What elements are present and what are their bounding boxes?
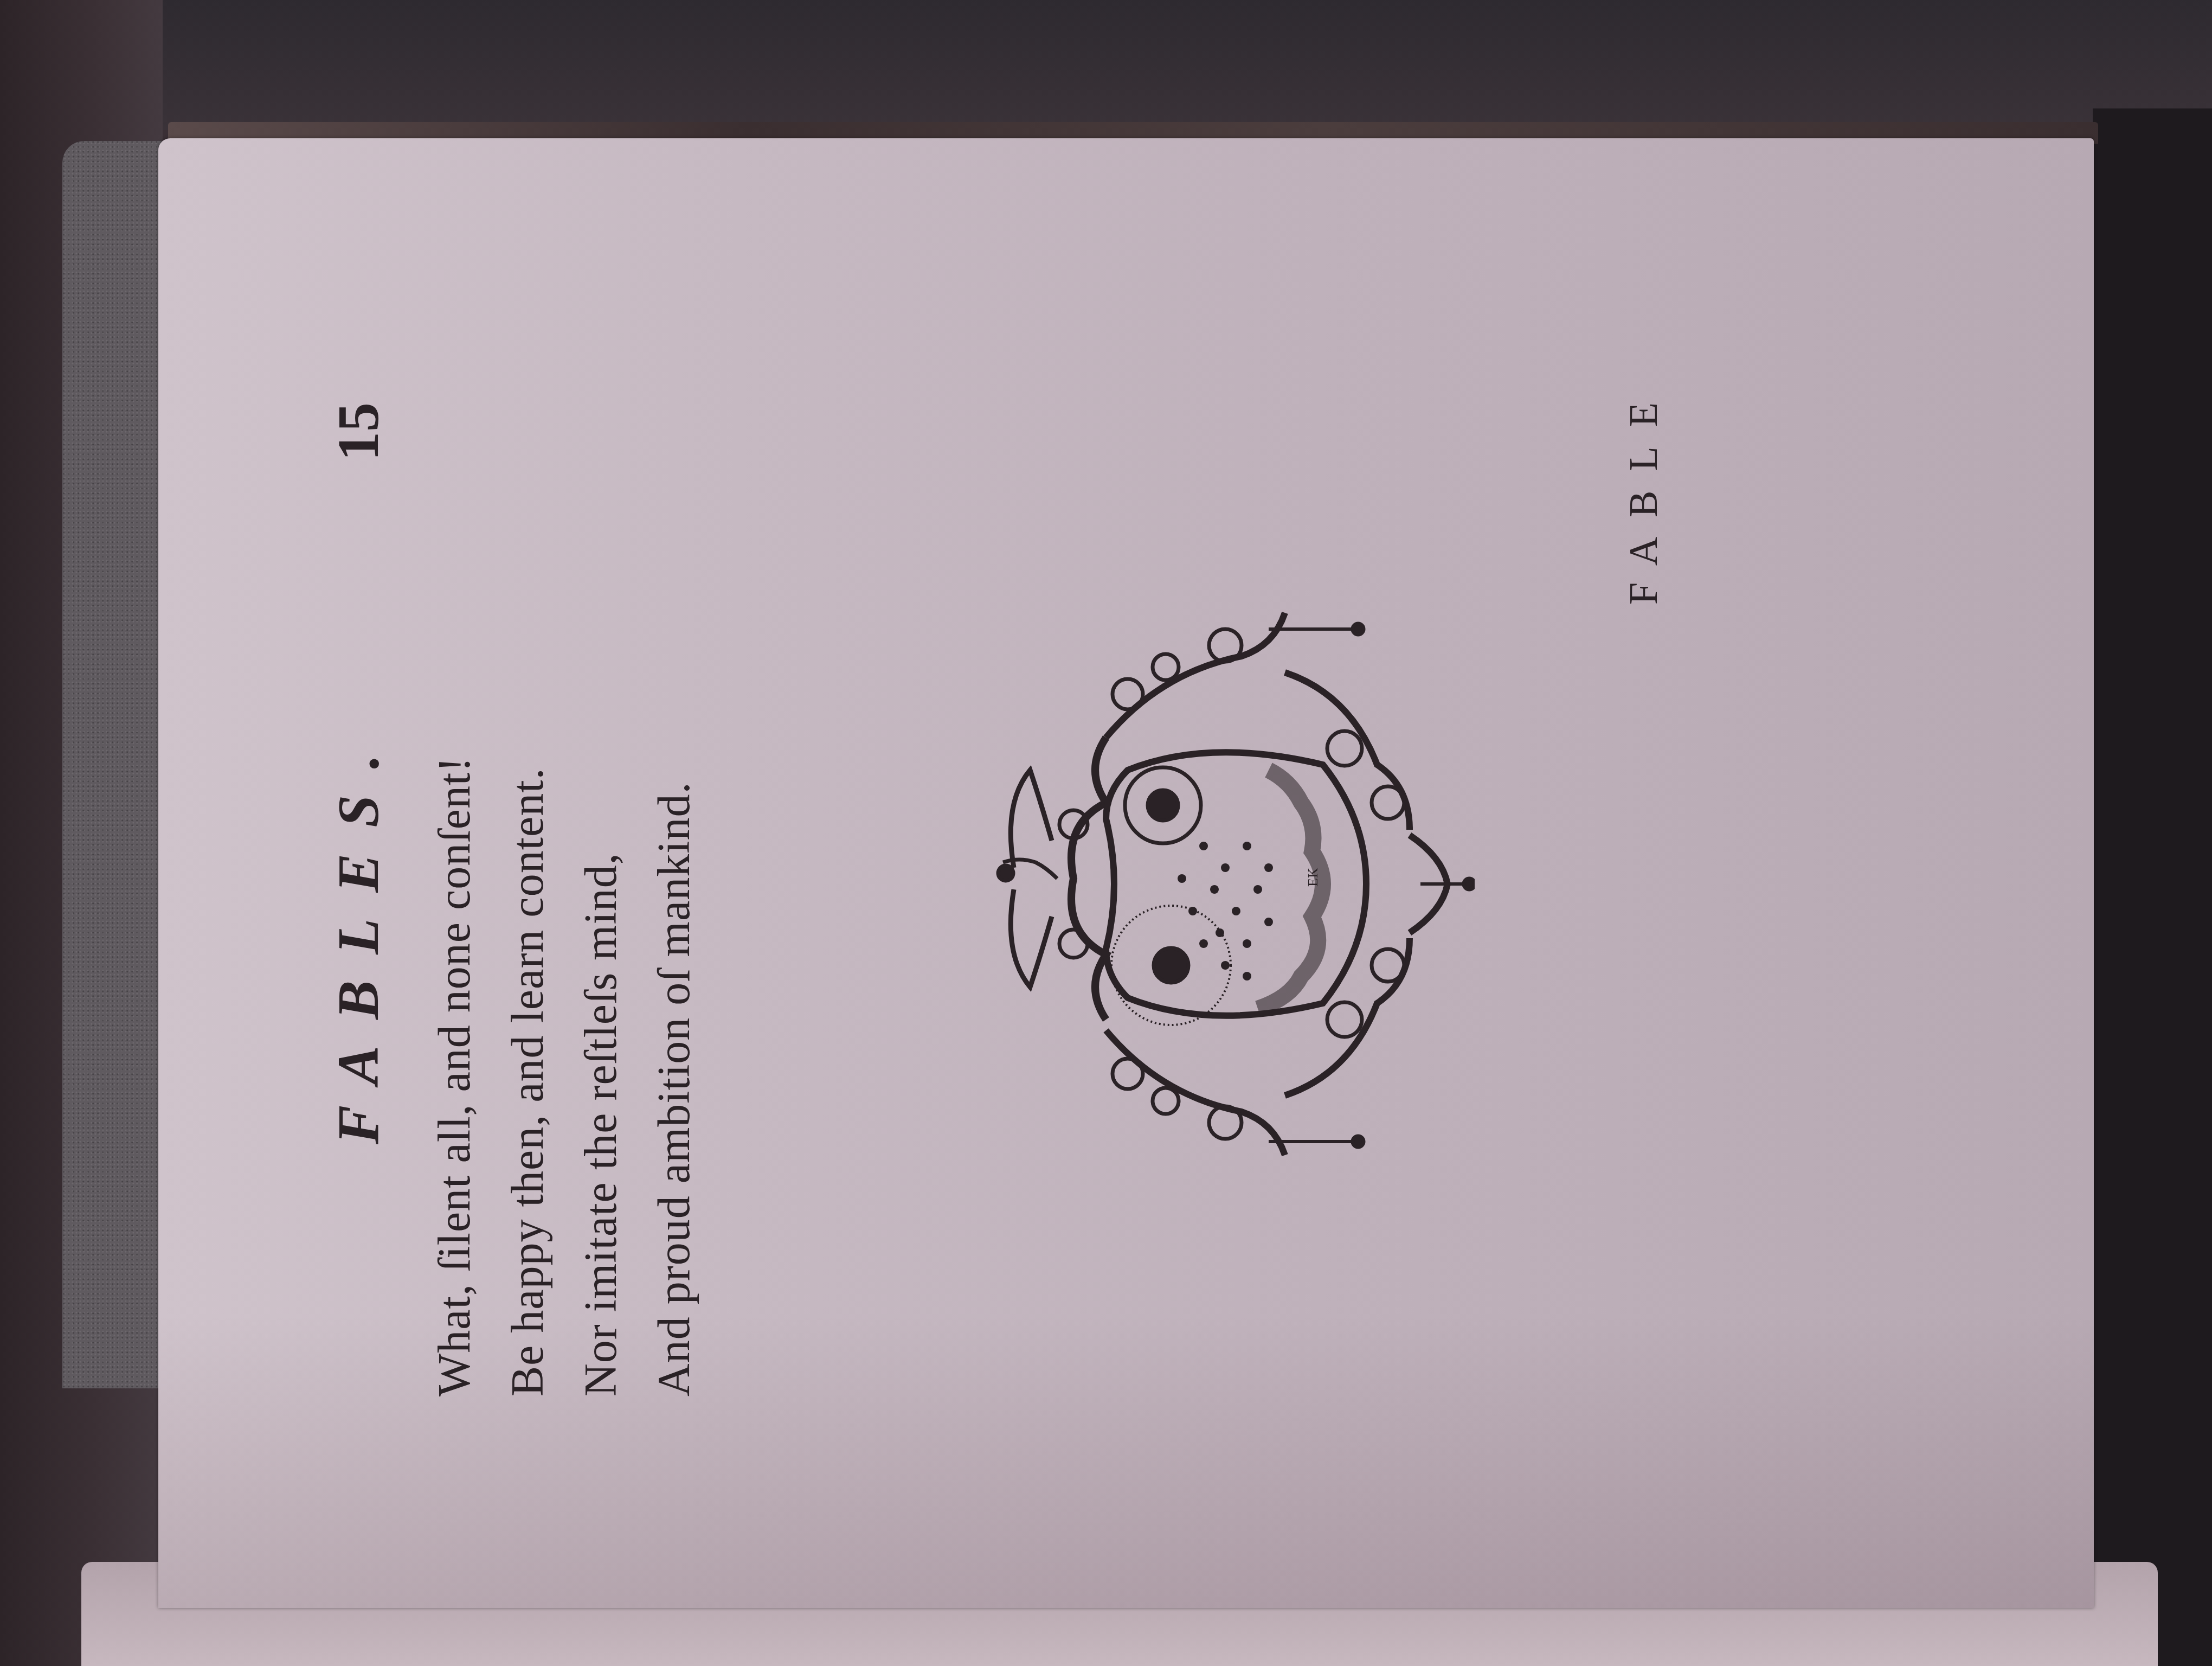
verse-line-4: And proud ambition oſ mankind. (648, 781, 700, 1396)
verse-line-1: What, ſilent all, and none conſent! (428, 757, 481, 1396)
background-right (2093, 108, 2212, 1666)
eagle-icon (998, 770, 1057, 987)
running-head: FABLES. (325, 728, 393, 1144)
foam-book-support (62, 141, 171, 1388)
moon-icon (1125, 767, 1201, 843)
verse-line-2: Be happy then, and learn content. (501, 767, 554, 1396)
background-top (163, 0, 2212, 130)
woodcut-ornament-icon: EK (965, 607, 1475, 1161)
stars-icon (1178, 842, 1273, 981)
page-number: 15 (325, 402, 393, 461)
catchword: FABLE (1621, 383, 1667, 605)
sun-icon (1111, 906, 1231, 1025)
verse-line-3: Nor imitate the reſtleſs mind, (575, 853, 627, 1396)
ornament-initials: EK (1305, 868, 1321, 887)
